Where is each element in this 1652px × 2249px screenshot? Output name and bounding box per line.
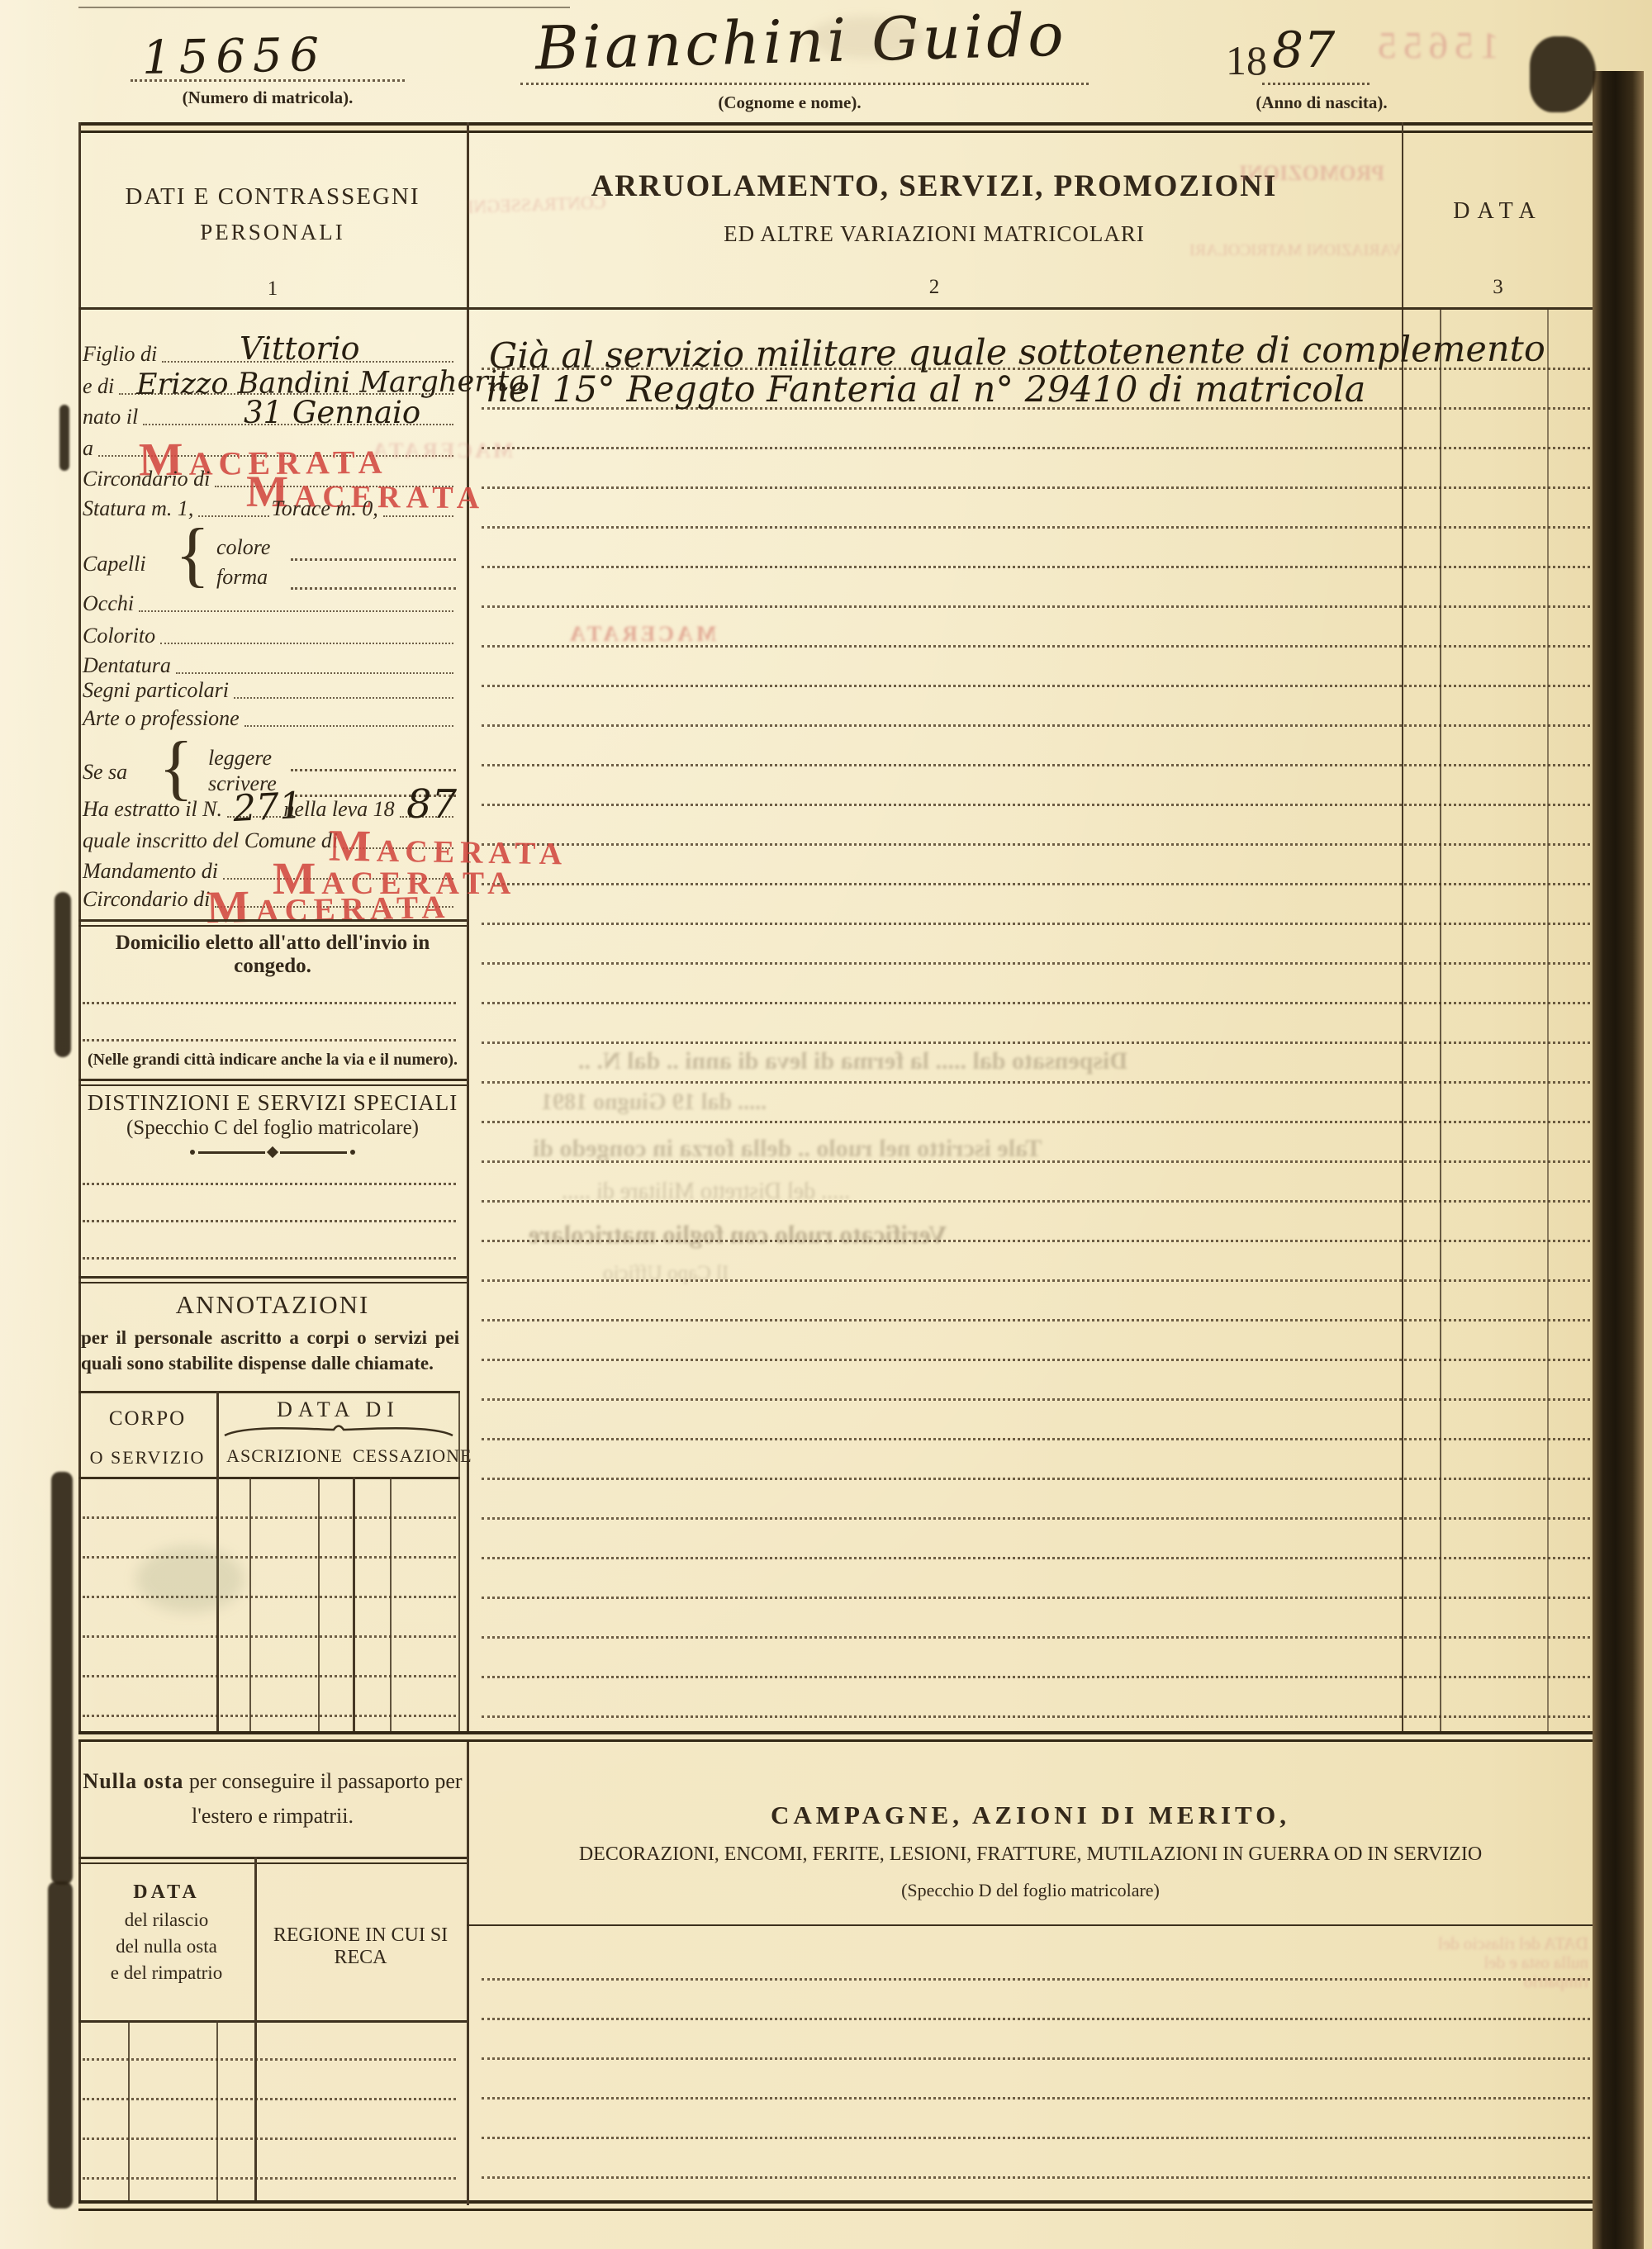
scan-smudge-green: [136, 1546, 244, 1612]
nulla-osta-title-line1: Nulla osta per conseguire il passaporto …: [78, 1769, 467, 1794]
campagne-note: (Specchio D del foglio matricolare): [467, 1880, 1594, 1901]
passport-col-data-3: del nulla osta: [78, 1936, 254, 1957]
ornament-dot-left: [190, 1150, 195, 1155]
rule-line: [482, 1081, 1590, 1084]
rule-line: [482, 1715, 1590, 1718]
field-colorito-line: [160, 643, 453, 644]
ghost-verificato: Verificato ruolo con foglio matricolare: [529, 1221, 947, 1249]
rule-line: [482, 1041, 1590, 1044]
rule-line: [83, 2137, 456, 2140]
scan-top-line: [78, 7, 570, 8]
campagne-subtitle: DECORAZIONI, ENCOMI, FERITE, LESIONI, FR…: [467, 1843, 1594, 1866]
annot-col-corpo-2: O SERVIZIO: [78, 1447, 216, 1468]
left-column-number: 1: [78, 278, 467, 301]
annot-col-corpo: CORPO: [78, 1407, 216, 1431]
ornament-diamond: [267, 1146, 278, 1158]
distinzioni-line-1: [83, 1183, 456, 1185]
rule-line: [482, 526, 1590, 529]
center-column-number: 2: [467, 276, 1402, 299]
field-mandamento-label: Mandamento di: [83, 859, 218, 884]
matricola-caption: (Numero di matricola).: [131, 88, 405, 108]
annot-v-3: [390, 1477, 392, 1733]
box-bottom-border: [78, 2200, 1594, 2211]
rule-line: [482, 962, 1590, 965]
rule-line: [482, 764, 1590, 766]
capelli-brace: {: [175, 519, 210, 591]
data-column-title: DATA: [1402, 198, 1594, 225]
ghost-capo-ufficio: Il Capo Ufficio: [603, 1262, 729, 1285]
rule-line: [482, 1478, 1590, 1480]
service-record-line2: nel 15° Reggto Fanteria al n° 29410 di m…: [486, 369, 1365, 410]
passport-col-data-2: del rilascio: [78, 1910, 254, 1931]
rule-line: [83, 2058, 456, 2061]
bottom-section-divider: [78, 1731, 1594, 1742]
distinzioni-line-3: [83, 1257, 456, 1260]
rule-line: [482, 724, 1590, 727]
field-arte: Arte o professione: [83, 706, 456, 731]
left-column-subtitle: PERSONALI: [78, 220, 467, 245]
field-occhi-line: [139, 610, 453, 612]
field-segni-line: [234, 697, 453, 699]
ghost-distretto: ..... del Distretto Militare di .....: [562, 1179, 850, 1205]
domicilio-line-2: [83, 1039, 456, 1041]
ghost-variazioni: VARIAZIONI MATRICOLARI: [1189, 241, 1402, 259]
field-torace-label: Torace m. 0,: [272, 496, 378, 521]
annot-v-2: [318, 1477, 320, 1733]
passport-header-bottom: [78, 2020, 467, 2023]
rule-line: [83, 2177, 456, 2180]
field-dentatura-label: Dentatura: [83, 653, 171, 678]
ghost-passport-header: DATA del rilascio del nulla osta e del r…: [1427, 1934, 1588, 1991]
rule-line: [482, 2097, 1590, 2100]
field-colore-line: [291, 558, 456, 561]
field-segni: Segni particolari: [83, 678, 456, 703]
field-occhi-label: Occhi: [83, 591, 134, 616]
distinzioni-ornament: [190, 1148, 355, 1156]
rule-line: [482, 883, 1590, 885]
rule-line: [83, 1556, 456, 1559]
field-circondario2-label: Circondario di: [83, 887, 210, 912]
field-colorito: Colorito: [83, 624, 456, 648]
rule-line: [482, 685, 1590, 687]
annotazioni-title: ANNOTAZIONI: [78, 1290, 467, 1320]
rule-line: [482, 1121, 1590, 1123]
rule-line: [83, 2098, 456, 2100]
figlio-di-value: Vittorio: [240, 330, 360, 367]
field-leggere-line: [291, 769, 456, 771]
ghost-giugno: ..... dal 19 Giugno 1891: [541, 1090, 767, 1116]
data-subcol-line-1: [1440, 308, 1441, 1734]
ornament-line-left: [198, 1151, 265, 1154]
year-printed: 18: [1226, 36, 1267, 84]
scan-corner-blob: [1530, 36, 1596, 112]
box-top-border: [78, 122, 1594, 133]
rule-line: [83, 1715, 456, 1717]
campagne-title: CAMPAGNE, AZIONI DI MERITO,: [467, 1801, 1594, 1830]
field-dentatura: Dentatura: [83, 653, 456, 678]
ghost-contrassegni: CONTRASSEGNI: [468, 192, 606, 217]
rule-line: [482, 1978, 1590, 1981]
distinzioni-line-2: [83, 1220, 456, 1222]
rule-line: [83, 1675, 456, 1677]
annot-header-bottom: [78, 1477, 460, 1479]
field-comune-label: quale inscritto del Comune di: [83, 828, 338, 853]
estratto-numero-value: 271: [232, 785, 304, 830]
matricola-number: 15656: [141, 28, 326, 85]
ghost-matricola-verso: 15655: [1371, 25, 1499, 67]
field-se-sa-label: Se sa: [83, 760, 127, 785]
field-forma-label: forma: [216, 565, 268, 590]
rule-line: [482, 1597, 1590, 1599]
field-circondario-label: Circondario di: [83, 467, 210, 491]
rule-line: [482, 566, 1590, 568]
year-caption: (Anno di nascita).: [1214, 93, 1429, 113]
scan-left-blob-2: [55, 892, 71, 1057]
rule-line: [482, 1676, 1590, 1678]
annotazioni-description: per il personale ascritto a corpi o serv…: [81, 1325, 459, 1376]
field-e-di-label: e di: [83, 374, 114, 399]
ghost-promozioni: PROMOZIONI: [1239, 162, 1384, 186]
field-a-label: a: [83, 436, 93, 461]
annot-v-right: [458, 1391, 460, 1733]
field-nato-il-label: nato il: [83, 405, 138, 429]
annot-col-ascrizione: ASCRIZIONE: [216, 1445, 353, 1467]
leva-anno-value: 87: [406, 781, 457, 828]
annot-col-data-di: DATA DI: [216, 1397, 460, 1422]
domicilio-line-1: [83, 1002, 456, 1004]
field-colore-label: colore: [216, 535, 270, 560]
scan-smudge-top: [809, 17, 925, 58]
distinzioni-top-divider: [78, 1079, 467, 1086]
rule-line: [482, 447, 1590, 449]
annotazioni-top-divider: [78, 1276, 467, 1283]
left-column-title: DATI E CONTRASSEGNI: [78, 183, 467, 211]
field-capelli-label: Capelli: [83, 552, 146, 576]
rule-line: [482, 2176, 1590, 2179]
rule-line: [482, 2057, 1590, 2060]
passport-v-3: [254, 2020, 257, 2200]
annot-brace: [223, 1422, 454, 1437]
rule-line: [83, 1635, 456, 1638]
scan-right-edge: [1593, 71, 1644, 2249]
rule-line: [482, 1359, 1590, 1361]
passport-col-data-4: e del rimpatrio: [78, 1962, 254, 1984]
passport-col-regione: REGIONE IN CUI SI RECA: [254, 1924, 467, 1969]
field-colorito-label: Colorito: [83, 624, 155, 648]
rule-line: [482, 843, 1590, 846]
data-subcol-line-2: [1547, 308, 1549, 1734]
distinzioni-subtitle: (Specchio C del foglio matricolare): [78, 1117, 467, 1140]
ghost-macerata-1: MACERATA: [370, 439, 513, 463]
passport-v-1: [128, 2020, 130, 2200]
se-sa-brace: {: [159, 732, 193, 804]
data-column-number: 3: [1402, 276, 1594, 299]
rule-line: [482, 1557, 1590, 1559]
rule-line: [482, 804, 1590, 806]
field-dentatura-line: [176, 672, 453, 674]
field-figlio-di-label: Figlio di: [83, 342, 157, 367]
field-leggere-label: leggere: [208, 746, 272, 771]
field-occhi: Occhi: [83, 591, 456, 616]
rule-line: [482, 1517, 1590, 1520]
header-row-line: [78, 307, 1594, 310]
nulla-osta-bold: Nulla osta: [83, 1769, 183, 1793]
rule-line: [83, 1516, 456, 1519]
scan-left-blob-3: [51, 1472, 73, 1885]
rule-line: [83, 1596, 456, 1598]
passport-col-data-1: DATA: [78, 1881, 254, 1904]
field-forma-line: [291, 587, 456, 590]
document-page: 15656 (Numero di matricola). Bianchini G…: [0, 0, 1652, 2249]
annot-table-top: [78, 1391, 460, 1393]
ghost-macerata-2: MACERATA: [567, 623, 716, 647]
ornament-line-right: [280, 1151, 347, 1154]
nato-il-value: 31 Gennaio: [244, 395, 420, 430]
distinzioni-title: DISTINZIONI E SERVIZI SPECIALI: [78, 1090, 467, 1116]
domicilio-title: Domicilio eletto all'atto dell'invio in …: [78, 932, 467, 978]
rule-line: [482, 1002, 1590, 1004]
annot-v-1: [249, 1477, 251, 1733]
passport-v-2: [216, 2020, 218, 2200]
rule-line: [482, 2018, 1590, 2020]
domicilio-note: (Nelle grandi città indicare anche la vi…: [78, 1051, 467, 1070]
annot-col-cessazione: CESSAZIONE: [353, 1445, 460, 1467]
name-value: Bianchini Guido: [534, 0, 1068, 83]
annot-v-mid: [353, 1477, 355, 1733]
rule-line: [482, 486, 1590, 489]
scan-left-blob-4: [48, 1881, 73, 2209]
rule-line: [482, 1438, 1590, 1440]
scan-left-blob-1: [59, 405, 69, 471]
field-torace-line: [383, 515, 453, 517]
year-hand: 87: [1272, 21, 1335, 79]
nulla-osta-rest: per conseguire il passaporto per: [183, 1769, 462, 1793]
name-underline: [520, 83, 1089, 85]
name-caption: (Cognome e nome).: [653, 93, 927, 113]
field-arte-line: [244, 725, 453, 727]
rule-line: [482, 1319, 1590, 1321]
domicilio-top-divider: [78, 919, 467, 927]
ghost-ruolo: Tale iscritto nel ruolo .. della forza i…: [533, 1135, 1042, 1162]
rule-line: [482, 923, 1590, 925]
matricola-underline: [131, 79, 405, 82]
field-statura-torace: Statura m. 1, Torace m. 0,: [83, 496, 456, 521]
nulla-osta-divider: [78, 1857, 467, 1864]
ornament-dot-right: [350, 1150, 355, 1155]
rule-line: [482, 2137, 1590, 2139]
rule-line: [482, 605, 1590, 608]
nulla-osta-title-line2: l'estero e rimpatrii.: [78, 1804, 467, 1829]
rule-line: [482, 1398, 1590, 1401]
field-segni-label: Segni particolari: [83, 678, 229, 703]
campagne-header-line: [467, 1924, 1594, 1926]
rule-line: [482, 1636, 1590, 1639]
field-estratto-label: Ha estratto il N.: [83, 797, 222, 822]
year-underline: [1262, 83, 1370, 85]
ghost-dispensato: Dispensato dal ..... la ferma di leva di…: [578, 1047, 1127, 1075]
